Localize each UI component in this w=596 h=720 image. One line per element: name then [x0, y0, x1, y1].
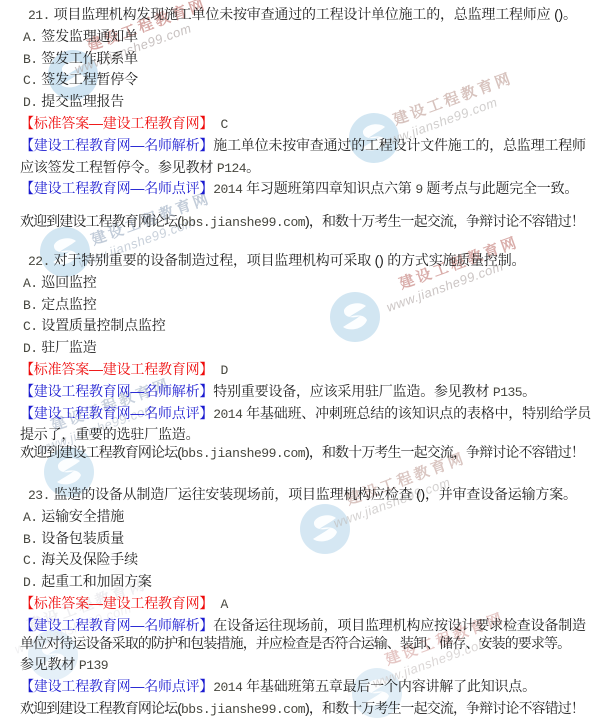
document-page: 建设工程教育网www.jianshe99.com建设工程教育网www.jians…	[0, 0, 596, 720]
spacer-3	[20, 464, 596, 484]
text-run: 2014	[213, 407, 242, 422]
text-run: 【建设工程教育网—名师点评】	[20, 180, 213, 196]
q21-option-b: B. 签发工作联系单	[20, 48, 596, 70]
text-run: B.	[23, 532, 38, 547]
text-run: C	[213, 117, 228, 132]
q23-stem: 23. 监造的设备从制造厂运往安装现场前，项目监理机构应检查 ()，并审查设备运…	[20, 484, 596, 506]
text-run: 对于特别重要的设备制造过程，项目监理机构可采取 () 的方式实施质量控制。	[50, 252, 525, 268]
q21-option-d: D. 提交监理报告	[20, 91, 596, 113]
text-run: 巡回监控	[38, 274, 97, 290]
q21-option-a: A. 签发监理通知单	[20, 26, 596, 48]
q22-option-b: B. 定点监控	[20, 294, 596, 316]
q21-stem: 21. 项目监理机构发现施工单位未按审查通过的工程设计单位施工的，总监理工程师应…	[20, 4, 596, 26]
text-run: 。	[246, 159, 260, 175]
text-run: 签发监理通知单	[38, 28, 138, 44]
q22-option-c: C. 设置质量控制点监控	[20, 315, 596, 337]
text-run: bbs.jianshe99.com	[181, 702, 305, 717]
forum-welcome-1: 欢迎到建设工程教育网论坛(bbs.jianshe99.com)，和数十万考生一起…	[20, 211, 596, 233]
q23-answer: 【标准答案—建设工程教育网】 A	[20, 593, 596, 615]
forum-welcome-3: 欢迎到建设工程教育网论坛(bbs.jianshe99.com)，和数十万考生一起…	[20, 698, 596, 720]
text-run: P124	[217, 161, 246, 176]
text-run: 欢迎到建设工程教育网论坛(	[20, 700, 181, 716]
text-run: 2014	[213, 182, 242, 197]
text-run: 驻厂监造	[38, 339, 97, 355]
text-run: 海关及保险手续	[38, 551, 138, 567]
q23-option-a: A. 运输安全措施	[20, 506, 596, 528]
text-run: D	[213, 363, 228, 378]
text-run: A	[213, 597, 228, 612]
text-run: 年习题班第四章知识点六第	[242, 180, 415, 196]
forum-welcome-2: 欢迎到建设工程教育网论坛(bbs.jianshe99.com)，和数十万考生一起…	[20, 442, 596, 464]
text-run: P139	[79, 658, 108, 673]
q22-analysis: 【建设工程教育网—名师解析】特别重要设备，应该采用驻厂监造。参见教材 P135。	[20, 381, 596, 403]
text-run: 监造的设备从制造厂运往安装现场前，项目监理机构应检查 ()，并审查设备运输方案。	[50, 486, 577, 502]
text-run: B.	[23, 298, 38, 313]
text-run: 9	[415, 182, 422, 197]
q22-option-d: D. 驻厂监造	[20, 337, 596, 359]
text-run: B.	[23, 52, 38, 67]
text-run: 起重工和加固方案	[38, 573, 152, 589]
text-run: 运输安全措施	[38, 508, 125, 524]
text-run: 项目监理机构发现施工单位未按审查通过的工程设计单位施工的，总监理工程师应 ()。	[50, 6, 577, 22]
text-run: 22.	[28, 254, 50, 269]
text-run: 。	[522, 383, 536, 399]
text-run: 应该签发工程暂停令。参见教材	[20, 159, 217, 175]
text-run: 设置质量控制点监控	[38, 317, 166, 333]
q23-option-d: D. 起重工和加固方案	[20, 571, 596, 593]
q21-analysis: 【建设工程教育网—名师解析】施工单位未按审查通过的工程设计文件施工的，总监理工程…	[20, 135, 596, 157]
text-run: C.	[23, 319, 38, 334]
spacer-2	[20, 233, 596, 250]
text-run: A.	[23, 30, 38, 45]
text-run: D.	[23, 95, 38, 110]
q21-analysis-cont: 应该签发工程暂停令。参见教材 P124。	[20, 157, 596, 179]
text-run: 【建设工程教育网—名师点评】	[20, 678, 213, 694]
text-run: 提示了，重要的选驻厂监造。	[20, 426, 199, 442]
text-run: 2014	[213, 680, 242, 695]
q22-answer: 【标准答案—建设工程教育网】 D	[20, 359, 596, 381]
text-run: 欢迎到建设工程教育网论坛(	[20, 213, 181, 229]
text-run: 特别重要设备，应该采用驻厂监造。参见教材	[213, 383, 493, 399]
text-run: )，和数十万考生一起交流，争辩讨论不容错过！	[305, 444, 584, 460]
text-run: 【标准答案—建设工程教育网】	[20, 361, 213, 377]
text-run: 单位对待运设备采取的防护和包装措施，并应检查是否符合运输、装卸、储存、安装的要求…	[20, 635, 570, 651]
text-run: C.	[23, 73, 38, 88]
text-run: 年基础班、冲刺班总结的该知识点的表格中，特别给学员	[242, 405, 591, 421]
text-run: 参见教材	[20, 656, 79, 672]
text-run: )，和数十万考生一起交流，争辩讨论不容错过！	[305, 700, 584, 716]
q22-stem: 22. 对于特别重要的设备制造过程，项目监理机构可采取 () 的方式实施质量控制…	[20, 250, 596, 272]
text-run: 21.	[28, 8, 50, 23]
text-run: 【建设工程教育网—名师解析】	[20, 617, 213, 633]
text-run: )，和数十万考生一起交流，争辩讨论不容错过！	[305, 213, 584, 229]
text-run: bbs.jianshe99.com	[181, 446, 305, 461]
text-run: 欢迎到建设工程教育网论坛(	[20, 444, 181, 460]
spacer-1	[20, 200, 596, 211]
text-run: 【建设工程教育网—名师解析】	[20, 383, 213, 399]
q23-option-c: C. 海关及保险手续	[20, 549, 596, 571]
text-run: D.	[23, 575, 38, 590]
text-run: 设备包装质量	[38, 530, 125, 546]
text-run: A.	[23, 276, 38, 291]
document-text: 21. 项目监理机构发现施工单位未按审查通过的工程设计单位施工的，总监理工程师应…	[0, 0, 596, 720]
text-run: 【标准答案—建设工程教育网】	[20, 115, 213, 131]
text-run: 在设备运往现场前，项目监理机构应按设计要求检查设备制造	[213, 617, 586, 633]
q22-option-a: A. 巡回监控	[20, 272, 596, 294]
text-run: bbs.jianshe99.com	[181, 215, 305, 230]
text-run: 施工单位未按审查通过的工程设计文件施工的，总监理工程师	[213, 137, 586, 153]
text-run: P135	[493, 385, 522, 400]
text-run: 年基础班第五章最后一个内容讲解了此知识点。	[242, 678, 536, 694]
text-run: C.	[23, 553, 38, 568]
q22-comment: 【建设工程教育网—名师点评】2014 年基础班、冲刺班总结的该知识点的表格中，特…	[20, 403, 596, 425]
text-run: 提交监理报告	[38, 93, 125, 109]
q23-option-b: B. 设备包装质量	[20, 528, 596, 550]
text-run: 23.	[28, 488, 50, 503]
text-run: 签发工程暂停令	[38, 71, 138, 87]
text-run: D.	[23, 341, 38, 356]
text-run: 【标准答案—建设工程教育网】	[20, 595, 213, 611]
q23-comment: 【建设工程教育网—名师点评】2014 年基础班第五章最后一个内容讲解了此知识点。	[20, 676, 596, 698]
text-run: 定点监控	[38, 296, 97, 312]
text-run: A.	[23, 510, 38, 525]
q21-comment: 【建设工程教育网—名师点评】2014 年习题班第四章知识点六第 9 题考点与此题…	[20, 178, 596, 200]
q23-analysis-ref: 参见教材 P139	[20, 654, 596, 676]
text-run: 签发工作联系单	[38, 50, 138, 66]
text-run: 【建设工程教育网—名师点评】	[20, 405, 213, 421]
q21-answer: 【标准答案—建设工程教育网】 C	[20, 113, 596, 135]
text-run: 题考点与此题完全一致。	[423, 180, 579, 196]
text-run: 【建设工程教育网—名师解析】	[20, 137, 213, 153]
q21-option-c: C. 签发工程暂停令	[20, 69, 596, 91]
q23-analysis-cont: 单位对待运设备采取的防护和包装措施，并应检查是否符合运输、装卸、储存、安装的要求…	[20, 633, 596, 655]
